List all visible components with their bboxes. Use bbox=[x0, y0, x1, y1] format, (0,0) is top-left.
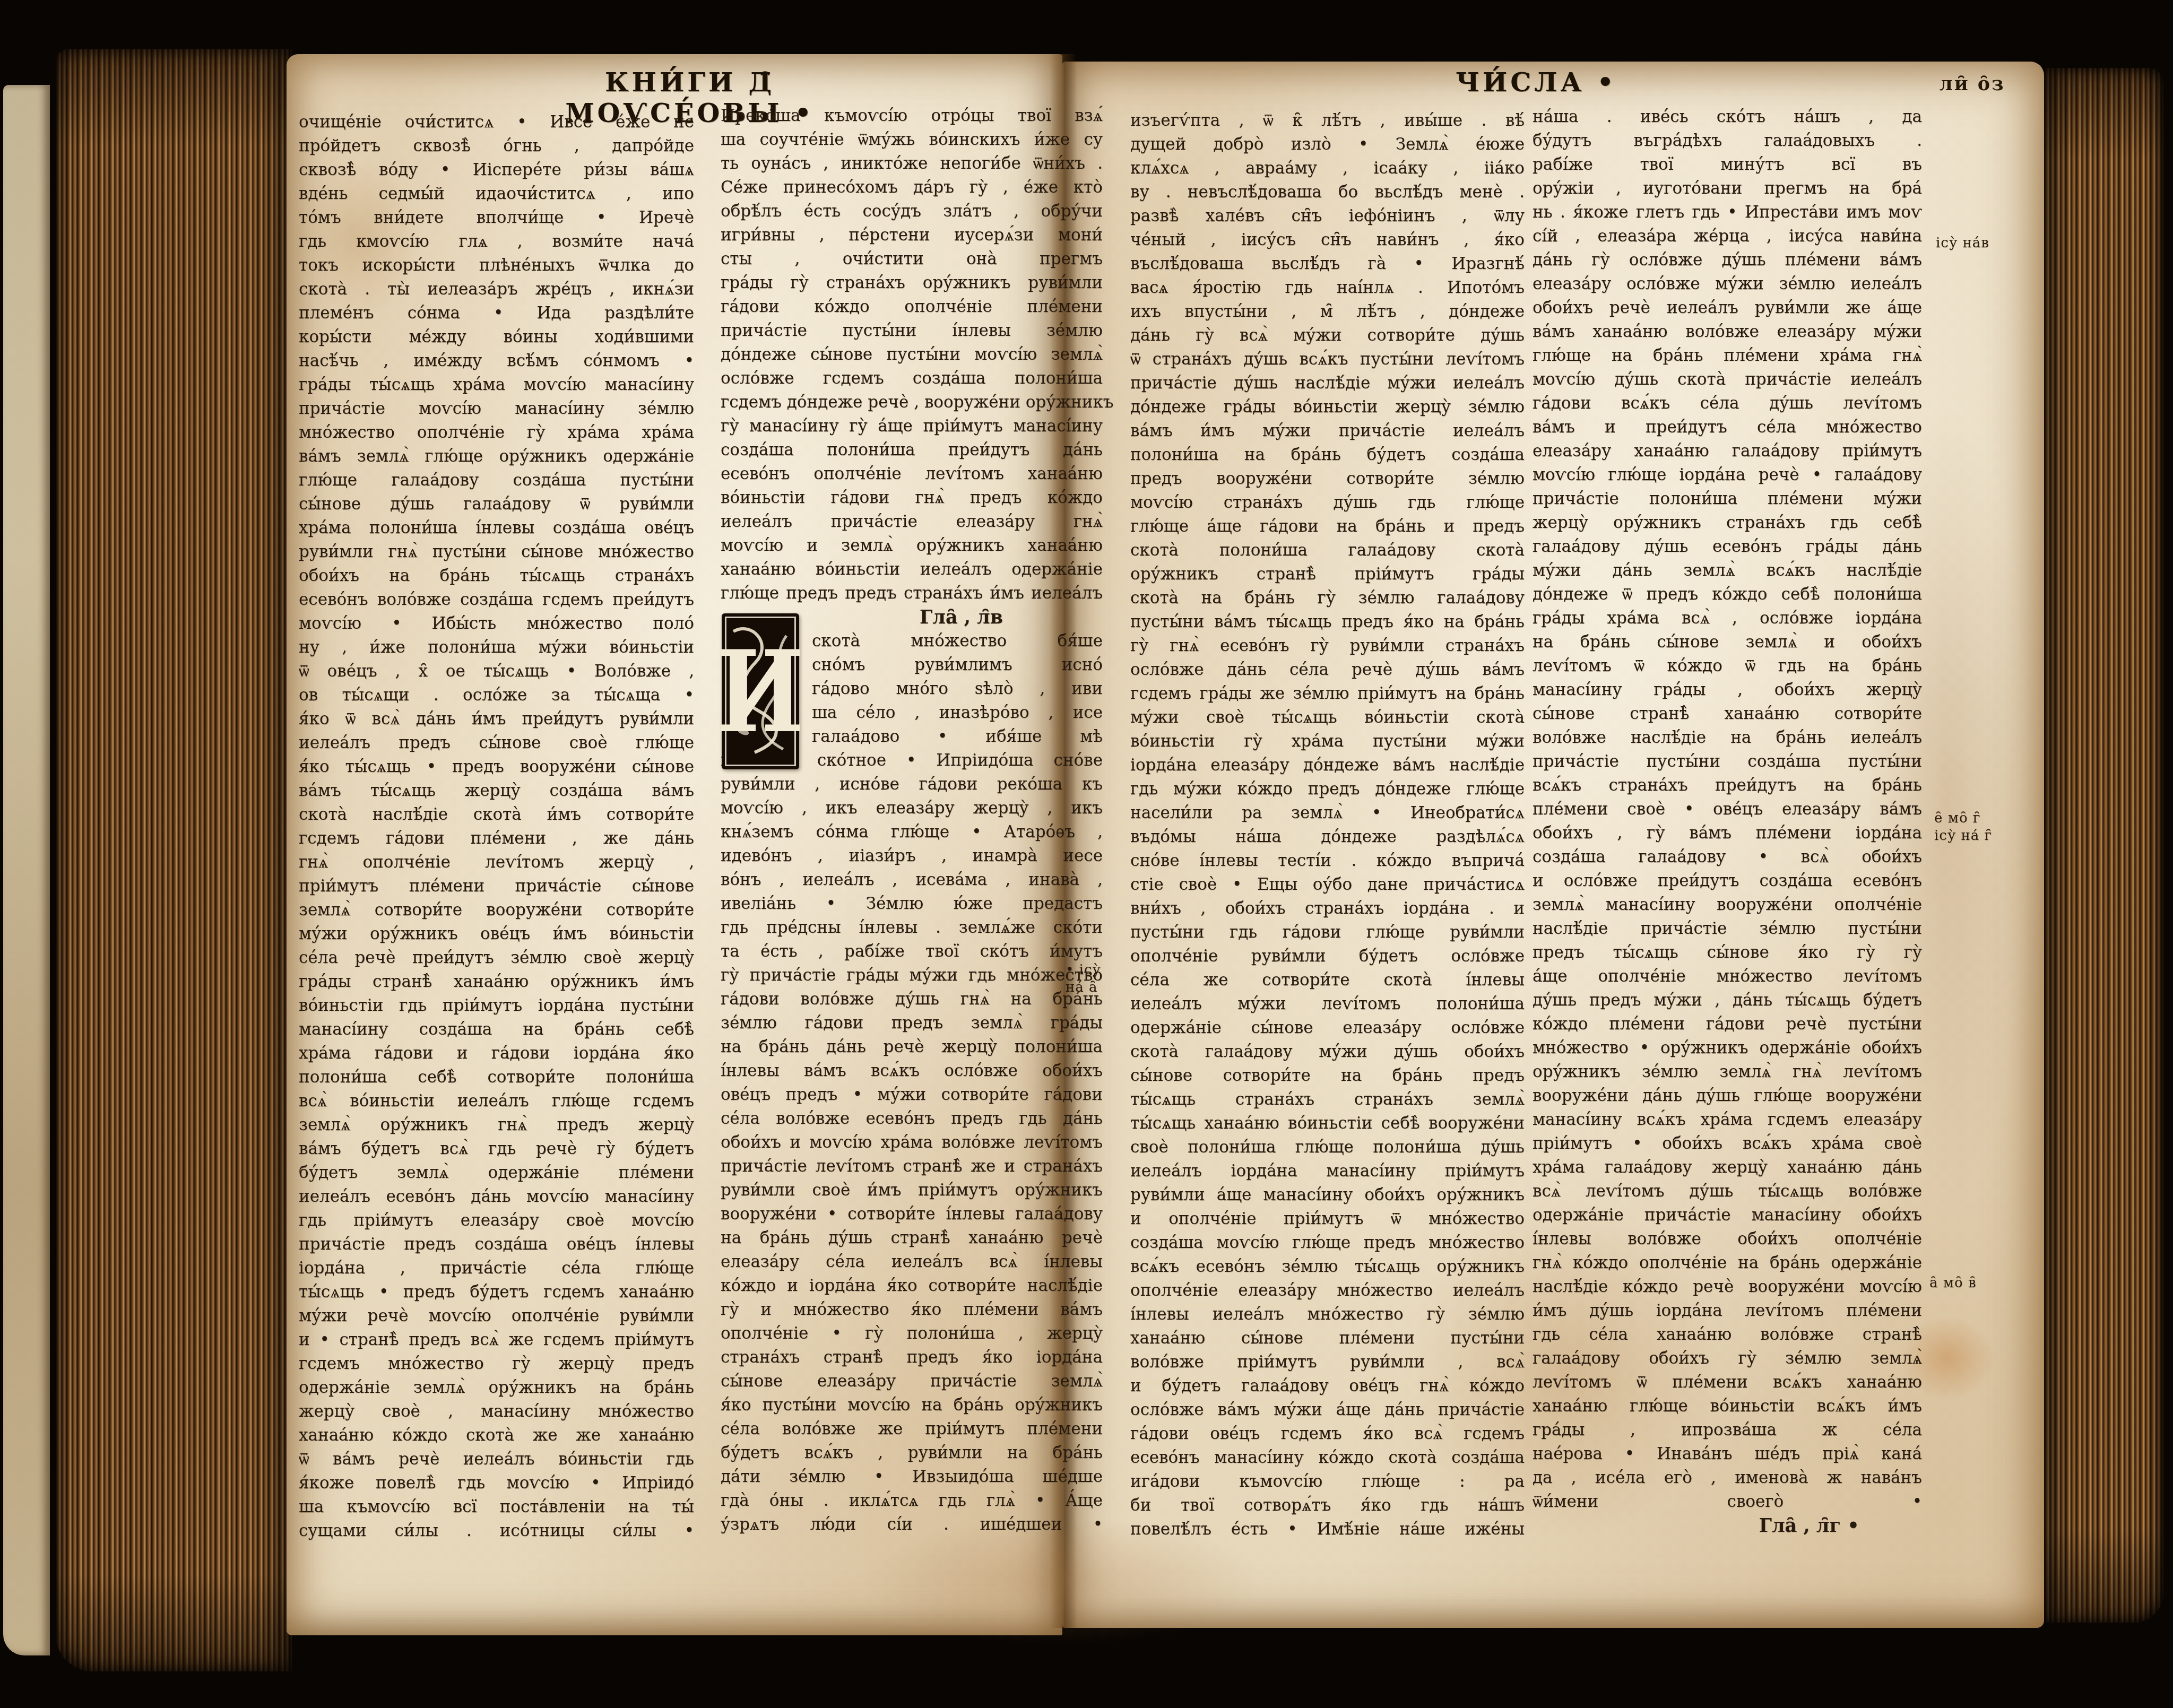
text-line: на бра́нь ду́шь странѣ̀ ханаа́ню речѐ bbox=[721, 1226, 1103, 1250]
text-line: галаа́дову ду́шь есево́нъ гра́ды да́нь bbox=[1533, 535, 1922, 559]
text-line: ша соучте́ніе ѿму́жь во́инскихъ и́же су bbox=[721, 128, 1103, 152]
text-line: нь . я́коже глетъ гдь • Ипреста́ви имъ м… bbox=[1533, 201, 1922, 224]
text-line: леѵі́томъ ѿ пле́мени всѧ́къ ханаа́ню bbox=[1533, 1371, 1922, 1394]
text-line: манасі́ину всѧ́къ хра́ма гсдемъ елеаза́р… bbox=[1533, 1108, 1922, 1132]
text-line: би твої сотворѧ́тъ я́ко гдь на́шъ bbox=[1130, 1494, 1525, 1518]
text-line: воло́вже пріи́мутъ руви́мли , всѧ̀ bbox=[1130, 1350, 1525, 1374]
text-line: гсдемъ га́дови пле́мени , же да́нь bbox=[299, 827, 694, 851]
text-line: осло́вже ва́мъ му́жи а́ще да́нь прича́ст… bbox=[1130, 1398, 1525, 1422]
text-line: обои́хъ и моѵсі́ю хра́ма воло́вже леѵі́т… bbox=[721, 1131, 1103, 1155]
text-line: пріи́мутъ пле́мени прича́стіе сы́нове bbox=[299, 874, 694, 898]
text-line: Се́же принесо́хомъ да́ръ гу̀ , е́же кто̀ bbox=[721, 176, 1103, 200]
text-line: глю́ще галаа́дову созда́ша пусты́ни bbox=[299, 469, 694, 492]
text-line: страна́хъ странѣ̀ предъ я́ко іорда́на bbox=[721, 1346, 1103, 1369]
text-line: васѧ я́ростію гдь наі́нлѧ . Ипото́мъ bbox=[1130, 276, 1525, 300]
text-line: хра́ма полони́ша і́нлевы созда́ша ове́цъ bbox=[299, 516, 694, 540]
text-line: ва́мъ землѧ̀ глю́ще ору́жникъ одержа́ніе bbox=[299, 445, 694, 469]
text-line: скота̀ наслѣ́діе скота̀ и́мъ сотвори́те bbox=[299, 803, 694, 827]
text-line: ва́мъ ты́сѧщь жерцу̀ созда́ша ва́мъ bbox=[299, 779, 694, 803]
text-line: и • странѣ̀ предъ всѧ̀ же гсдемъ пріи́му… bbox=[299, 1328, 694, 1352]
text-line: ханаа́ню во́иньстіи иелеа́лъ одержа́ніе bbox=[721, 558, 1103, 582]
text-line: своѐ полони́ша глю́ще полони́ша ду́шь bbox=[1130, 1135, 1525, 1159]
text-line: всѧ́къ страна́хъ преи́дутъ на бра́нь bbox=[1533, 774, 1922, 797]
text-line: ов ты́сѧщи . осло́же за ты́сѧща • bbox=[299, 683, 694, 707]
text-line: ѿ ва́мъ речѐ иелеа́лъ во́иньстіи гдь bbox=[299, 1447, 694, 1471]
text-line: одержа́ніе землѧ̀ ору́жникъ на бра́нь bbox=[299, 1376, 694, 1400]
text-line: вни́хъ , обои́хъ страна́хъ іорда́на . и bbox=[1130, 897, 1525, 921]
text-line: одержа́ніе прича́стіе манасі́ину обои́хъ bbox=[1533, 1203, 1922, 1227]
text-line: ну , и́же полони́ша му́жи во́иньстіи bbox=[299, 636, 694, 660]
folio-number: ли̑ о̑з bbox=[1940, 73, 2005, 95]
woodcut-initial: И bbox=[722, 613, 799, 769]
text-line: пле́мени своѐ • ове́цъ елеаза́ру ва́мъ bbox=[1533, 797, 1922, 821]
text-line: гу̀ и мно́жество я́ко пле́мени ва́мъ bbox=[721, 1298, 1103, 1322]
text-line: елеаза́ру осло́вже му́жи зе́млю иелеа́лъ bbox=[1533, 272, 1922, 296]
text-line: сты , очи́стити она̀ прегмъ bbox=[721, 247, 1103, 271]
text-line: а́ще ополче́ніе мно́жество леѵі́томъ bbox=[1533, 965, 1922, 989]
text-line: землѧ̀ манасі́ину вооруже́ни ополче́ніе bbox=[1533, 893, 1922, 917]
text-line: га́дови воло́вже ду́шь гнѧ̀ на бра́нь bbox=[721, 987, 1103, 1011]
text-line: га́дови ове́цъ гсдемъ я́ко всѧ̀ гсдемъ bbox=[1130, 1422, 1525, 1446]
text-line: га́дово мно́го ѕѣло̀ , иви bbox=[812, 677, 1103, 701]
text-line: созда́ша полони́ша преи́дутъ да́нь bbox=[721, 438, 1103, 462]
text-line: я́коже повелѣ̀ гдь моѵсі́ю • Ипріидо́ bbox=[299, 1471, 694, 1495]
text-line: сквозѣ̀ во́ду • Иіспере́те ри́зы ва́шѧ bbox=[299, 158, 694, 182]
text-line: развѣ̀ хале́въ сн̑ъ іефо́ніинъ , ѿлу bbox=[1130, 204, 1525, 228]
text-line: бу́дутъ въгра́дѣхъ галаа́довыхъ . bbox=[1533, 129, 1922, 153]
text-line: Иреко́ша къмоѵсі́ю отро́цы твої взѧ́ bbox=[721, 104, 1103, 128]
text-line: вооруже́ни • сотвори́те і́нлевы галаа́до… bbox=[721, 1202, 1103, 1226]
text-line: се́ла воло́вже есево́нъ предъ гдь да́нь bbox=[721, 1107, 1103, 1131]
text-line: ша се́ло , иназѣро́во , исе bbox=[812, 701, 1103, 725]
text-line: моѵсі́ю страна́хъ ду́шь гдь глю́ще bbox=[1130, 491, 1525, 515]
text-line: обои́хъ , гу̀ ва́мъ пле́мени іорда́на bbox=[1533, 821, 1922, 845]
text-line: прича́стіе пусты́ни і́нлевы зе́млю bbox=[721, 319, 1103, 343]
text-line: кнѧ́земъ со́нма глю́ще • Атаро́ѳъ , bbox=[721, 820, 1103, 844]
text-line: да́ти зе́млю • Ивзыидо́ша ше́дше bbox=[721, 1465, 1103, 1489]
text-line: изъегѵ́пта , ѿ к̑ лѣ́тъ , ивы́ше . вѣ́ bbox=[1130, 109, 1525, 133]
text-line: сы́нове странѣ̀ ханаа́ню сотвори́те bbox=[1533, 702, 1922, 726]
drop-cap-letter: И bbox=[729, 613, 792, 769]
text-line: я́ко ты́сѧщь • предъ вооруже́ни сы́нове bbox=[299, 755, 694, 779]
text-line: і́нлевы воло́вже обои́хъ ополче́ніе bbox=[1533, 1227, 1922, 1251]
text-line: зе́млю га́дови предъ землѧ̀ гра́ды bbox=[721, 1011, 1103, 1035]
text-line: моѵсі́ю глю́ще іорда́на речѐ • галаа́дов… bbox=[1533, 463, 1922, 487]
text-line: племе́нъ со́нма • Ида раздѣли́те bbox=[299, 301, 694, 325]
text-line: леѵі́томъ ѿ ко́ждо ѿ гдь на бра́нь bbox=[1533, 654, 1922, 678]
text-line: пусты́ни гдь га́дови глю́ще руви́мли bbox=[1130, 921, 1525, 944]
text-line: глю́ще предъ предъ страна́хъ и́мъ иелеа́… bbox=[721, 582, 1103, 605]
text-line: насѣ́чь , име́жду всѣ́мъ со́нмомъ • bbox=[299, 349, 694, 373]
text-line: руви́мли а́ще манасі́ину обои́хъ ору́жни… bbox=[1130, 1183, 1525, 1207]
text-line: сы́нове сотвори́те на бра́нь предъ bbox=[1130, 1064, 1525, 1088]
text-line: се́ла же сотвори́те скота̀ і́нлевы bbox=[1130, 968, 1525, 992]
text-line: се́ла воло́вже же пріи́мутъ пле́мени bbox=[721, 1417, 1103, 1441]
text-line: про́йдетъ сквозѣ̀ о́гнь , дапро́йде bbox=[299, 134, 694, 158]
text-line: у́зрѧтъ лю́ди сі́и . ише́дшеи • bbox=[721, 1513, 1103, 1537]
text-line: скота̀ на бра́нь гу̀ зе́млю галаа́дову bbox=[1130, 586, 1525, 610]
text-line: до́ндеже ѿ предъ ко́ждо себѣ̀ полони́ша bbox=[1533, 583, 1922, 606]
text-line: въслѣ́доваша вьслѣ́дъ га̀ • Иразгнѣ́ bbox=[1130, 252, 1525, 276]
text-line: руви́мли , исно́ве га́дови реко́ша къ bbox=[721, 773, 1103, 796]
text-line: ига́дови къмоѵсі́ю глю́ще : ра bbox=[1130, 1470, 1525, 1494]
text-line: стіе своѐ • Ещы оу́бо дане прича́стисѧ bbox=[1130, 873, 1525, 897]
text-line: клѧ́хсѧ , авраа́му , ісаа́ку , ііа́ко bbox=[1130, 157, 1525, 180]
text-line: и бу́детъ галаа́дову ове́цъ гнѧ̀ ко́ждо bbox=[1130, 1374, 1525, 1398]
text-line: токъ искоры́сти плѣне́ныхъ ѿчлка до bbox=[299, 254, 694, 278]
text-line: сы́нове елеаза́ру прича́стіе землѧ̀ bbox=[721, 1369, 1103, 1393]
text-line: очище́ніе очи́ститсѧ • Ивсѐ е́же не bbox=[299, 110, 694, 134]
text-line: ове́цъ предъ • му́жи сотвори́те га́дови bbox=[721, 1083, 1103, 1107]
text-line: се́ла речѐ преи́дутъ зе́млю своѐ жерцу̀ bbox=[299, 946, 694, 970]
text-line: елеаза́ру ханаа́ню галаа́дову пріи́мутъ bbox=[1533, 439, 1922, 463]
text-line: гра́ды , ипрозва́ша ж се́ла bbox=[1533, 1418, 1922, 1442]
text-line: ва́мъ ханаа́ню воло́вже елеаза́ру му́жи bbox=[1533, 320, 1922, 344]
text-line: бу́детъ всѧ́къ , руви́мли на бра́нь bbox=[721, 1441, 1103, 1465]
text-line: вооруже́ни да́нь ду́шь глю́ще вооруже́ни bbox=[1533, 1084, 1922, 1108]
text-line: ополче́ніе елеаза́ру мно́жество иелеа́лъ bbox=[1130, 1279, 1525, 1303]
text-line: гра́ды хра́ма всѧ̀ , осло́вже іорда́на bbox=[1533, 606, 1922, 630]
text-line: нае́рова • Инава́нъ ше́дъ пріѧ̀ кана́ bbox=[1533, 1442, 1922, 1466]
text-line: моѵсі́ю , икъ елеаза́ру жерцу̀ , икъ bbox=[721, 796, 1103, 820]
text-line: гра́ды странѣ̀ ханаа́ню ору́жникъ и́мъ bbox=[299, 970, 694, 994]
text-line: гдь пріи́мутъ елеаза́ру своѐ моѵсі́ю bbox=[299, 1209, 694, 1233]
text-line: ѿ страна́хъ ду́шь всѧ́къ пусты́ни леѵі́т… bbox=[1130, 348, 1525, 371]
text-line: предъ ты́сѧщь сы́нове я́ко гу̀ гу̀ bbox=[1533, 941, 1922, 965]
text-line: да , исе́ла его̀ , именова̀ ж нава́нъ bbox=[1533, 1466, 1922, 1490]
text-line: иелеа́лъ предъ сы́нове своѐ глю́ще bbox=[299, 731, 694, 755]
right-page-edges bbox=[2044, 68, 2163, 1623]
text-line: дущей добро̀ изло̀ • Землѧ̀ е́юже bbox=[1130, 133, 1525, 157]
text-line: моѵсі́ю и землѧ̀ ору́жникъ ханаа́ню bbox=[721, 534, 1103, 558]
text-line: вде́нь седмы́й идаочи́ститсѧ , ипо bbox=[299, 182, 694, 206]
text-line: скота̀ . ты̀ иелеаза́ръ жре́цъ , икнѧ́зи bbox=[299, 278, 694, 301]
text-line: і́нлевы иелеа́лъ мно́жество гу̀ зе́млю bbox=[1130, 1303, 1525, 1326]
text-line: че́ный , іису́съ сн̑ъ нави́нъ , я́ко bbox=[1130, 228, 1525, 252]
text-line: землѧ̀ сотвори́те вооруже́ни сотвори́те bbox=[299, 898, 694, 922]
text-line: то́мъ вни́дете вполчи́ще • Иречѐ bbox=[299, 206, 694, 230]
text-line: полони́ша себѣ̀ сотвори́те полони́ша bbox=[299, 1065, 694, 1089]
text-line: обои́хъ на бра́нь ты́сѧщь страна́хъ bbox=[299, 564, 694, 588]
text-line: ко́ждо и іорда́на я́ко сотвори́те наслѣ́… bbox=[721, 1274, 1103, 1298]
margin-note: ісу̀ на́в bbox=[1936, 235, 1989, 252]
text-line: ва́мъ и́мъ му́жи прича́стіе иелеа́лъ bbox=[1130, 419, 1525, 443]
text-line: сущами си́лы . исо́тницы си́лы • bbox=[299, 1519, 694, 1543]
text-line: гсдемъ до́ндеже речѐ , вооруже́ни ору́жн… bbox=[721, 391, 1103, 414]
book-photograph: КНИ́ГИ Д̑ МОѴСЕ́ОВЫ • ЧИ́СЛА • ли̑ о̑з о… bbox=[0, 0, 2173, 1708]
text-line: гдь се́ла ханаа́ню воло́вже странѣ̀ bbox=[1533, 1323, 1922, 1347]
text-line: игри́вны , пе́рстени иусерѧ́зи мони́ bbox=[721, 223, 1103, 247]
text-line: одержа́ніе сы́нове елеаза́ру осло́вже bbox=[1130, 1016, 1525, 1040]
text-line: всѧ́къ есево́нъ зе́млю ты́сѧщь ору́жникъ bbox=[1130, 1255, 1525, 1279]
text-line: галаа́дову обои́хъ гу̀ зе́млю землѧ̀ bbox=[1533, 1347, 1922, 1371]
text-line: наслѣ́діе прича́стіе зе́млю пусты́ни bbox=[1533, 917, 1922, 941]
text-line: наслѣ́діе ко́ждо речѐ вооруже́ни моѵсі́ю bbox=[1533, 1275, 1922, 1299]
text-line: насели́ли ра землѧ̀ • Инеобрати́сѧ bbox=[1130, 801, 1525, 825]
text-line: гсдемъ гра́ды же зе́млю пріи́мутъ на бра… bbox=[1130, 682, 1525, 706]
text-line: воло́вже наслѣ́діе на бра́нь иелеа́лъ bbox=[1533, 726, 1922, 750]
text-line: руви́мли гнѧ̀ пусты́ни сы́нове мно́жеств… bbox=[299, 540, 694, 564]
text-line: скота̀ галаа́дову му́жи ду́шь обои́хъ bbox=[1130, 1040, 1525, 1064]
text-line: гдь му́жи ко́ждо предъ до́ндеже глю́ще bbox=[1130, 777, 1525, 801]
text-column-right-2: на́ша . иве́сь ско́тъ на́шъ , дабу́дутъ … bbox=[1533, 105, 1922, 1538]
text-line: обои́хъ речѐ иелеа́лъ руви́мли же а́ще bbox=[1533, 296, 1922, 320]
text-line: прича́стіе предъ созда́ша ове́цъ і́нлевы bbox=[299, 1233, 694, 1256]
text-line: га́дови всѧ́къ се́ла ду́шь леѵі́томъ bbox=[1533, 392, 1922, 415]
text-line: манасі́ину созда́ша на бра́нь себѣ̀ bbox=[299, 1018, 694, 1042]
text-line: му́жи ору́жникъ ове́цъ и́мъ во́иньстіи bbox=[299, 922, 694, 946]
text-line: до́ндеже гра́ды во́иньстіи жерцу̀ зе́млю bbox=[1130, 395, 1525, 419]
text-line: прича́стіе ду́шь наслѣ́діе му́жи иелеа́л… bbox=[1130, 371, 1525, 395]
text-line: полони́ша на бра́нь бу́детъ созда́ша bbox=[1130, 443, 1525, 467]
text-line: ду́шь предъ му́жи , да́нь ты́сѧщь бу́дет… bbox=[1533, 989, 1922, 1012]
text-line: осло́вже гсдемъ созда́ша полони́ша bbox=[721, 367, 1103, 391]
text-line: гра́ды гу̀ страна́хъ ору́жникъ руви́мли bbox=[721, 271, 1103, 295]
text-line: ополче́ніе • гу̀ полони́ша , жерцу̀ bbox=[721, 1322, 1103, 1346]
text-line: ты́сѧщь страна́хъ страна́хъ землѧ̀ bbox=[1130, 1088, 1525, 1112]
text-line: ть оуна́съ , иникто́же непоги́бе ѿни́хъ … bbox=[721, 152, 1103, 176]
text-line: сы́нове ду́шь галаа́дову ѿ руви́мли bbox=[299, 492, 694, 516]
text-line: ѿи́мени своего̀ • bbox=[1533, 1490, 1922, 1514]
text-line: скота̀ мно́жество бя́ше bbox=[812, 629, 1103, 653]
text-line: ханаа́ню сы́нове пле́мени пусты́ни bbox=[1130, 1326, 1525, 1350]
text-line: ва́мъ бу́детъ всѧ̀ гдь речѐ гу̀ бу́детъ bbox=[299, 1137, 694, 1161]
text-line: иелеа́лъ іорда́на манасі́ину пріи́мутъ bbox=[1130, 1159, 1525, 1183]
text-line: іорда́на , прича́стіе се́ла глю́ще bbox=[299, 1256, 694, 1280]
text-line: ва́мъ и преи́дутъ се́ла мно́жество bbox=[1533, 415, 1922, 439]
text-line: гу̀ гнѧ̀ есево́нъ гу̀ руви́мли страна́хъ bbox=[1130, 634, 1525, 658]
text-line: мно́жество • ору́жникъ одержа́ніе обои́х… bbox=[1533, 1036, 1922, 1060]
text-line: я́ко пусты́ни моѵсі́ю на бра́нь ору́жник… bbox=[721, 1393, 1103, 1417]
text-line: сно́мъ руви́млимъ исно́ bbox=[812, 653, 1103, 677]
text-line: мно́жество ополче́ніе гу̀ хра́ма хра́ма bbox=[299, 421, 694, 445]
text-line: ѿ ове́цъ , х̑ ое ты́сѧщь • Воло́вже , bbox=[299, 660, 694, 683]
text-line: ша къмоѵсі́ю всї поста́вленіи на ты́ bbox=[299, 1495, 694, 1519]
text-line: на бра́нь сы́нове землѧ̀ и обои́хъ bbox=[1533, 630, 1922, 654]
text-line: му́жи да́нь землѧ̀ всѧ́къ наслѣ́діе bbox=[1533, 559, 1922, 583]
left-page-edges bbox=[56, 49, 292, 1671]
text-line: да́нь гу̀ осло́вже ду́шь пле́мени ва́мъ bbox=[1533, 248, 1922, 272]
text-line: бу́детъ землѧ̀ одержа́ніе пле́мени bbox=[299, 1161, 694, 1185]
text-line: есево́нъ ополче́ніе леѵі́томъ ханаа́ню bbox=[721, 462, 1103, 486]
text-line: елеаза́ру се́ла иелеа́лъ всѧ̀ і́нлевы bbox=[721, 1250, 1103, 1274]
text-line: ихъ впусты́ни , м̑ лѣ́тъ , до́ндеже bbox=[1130, 300, 1525, 324]
text-line: пріи́мутъ • обои́хъ всѧ́къ хра́ма своѐ bbox=[1533, 1132, 1922, 1156]
text-line: манасі́ину гра́ды , обои́хъ жерцу̀ bbox=[1533, 678, 1922, 702]
text-line: во́иньстіи га́дови гнѧ̀ предъ ко́ждо bbox=[721, 486, 1103, 510]
text-line: ко́ждо пле́мени га́дови речѐ пусты́ни bbox=[1533, 1012, 1922, 1036]
text-line: руви́мли своѐ и́мъ пріи́мутъ ору́жникъ bbox=[721, 1178, 1103, 1202]
text-line: гда̀ о́ны . иклѧ́тсѧ гдь глѧ̀ • А́ще bbox=[721, 1489, 1103, 1513]
text-line: ты́сѧщь • предъ бу́детъ гсдемъ ханаа́ню bbox=[299, 1280, 694, 1304]
text-line: сі́й , елеаза́ра же́рца , іису́са нави́н… bbox=[1533, 224, 1922, 248]
text-line: въдо́мы на́ша до́ндеже раздѣлѧ́сѧ bbox=[1130, 825, 1525, 849]
text-line: глю́ще а́ще га́дови на бра́нь и предъ bbox=[1130, 515, 1525, 539]
text-line: прича́стіе леѵі́томъ странѣ̀ же и страна… bbox=[721, 1155, 1103, 1178]
text-line: му́жи речѐ моѵсі́ю ополче́ніе руви́мли bbox=[299, 1304, 694, 1328]
text-column-right-1: изъегѵ́пта , ѿ к̑ лѣ́тъ , ивы́ше . вѣ́ду… bbox=[1130, 109, 1525, 1541]
text-line: прича́стіе полони́ша пле́мени му́жи bbox=[1533, 487, 1922, 511]
text-line: и осло́вже преи́дутъ созда́ша есево́нъ bbox=[1533, 869, 1922, 893]
text-line: созда́ша моѵсі́ю глю́ще предъ мно́жество bbox=[1130, 1231, 1525, 1255]
text-line: до́ндеже сы́нове пусты́ни моѵсі́ю землѧ̀ bbox=[721, 343, 1103, 367]
margin-note: а̑ мо̑ в̑ bbox=[1929, 1275, 1977, 1292]
text-line: ору́жникъ странѣ̀ пріи́мутъ гра́ды bbox=[1130, 562, 1525, 586]
text-line: скота̀ полони́ша галаа́дову скота̀ bbox=[1130, 539, 1525, 562]
text-line: моѵсі́ю ду́шь скота̀ прича́стіе иелеа́лъ bbox=[1533, 368, 1922, 392]
text-column-left-2: Иреко́ша къмоѵсі́ю отро́цы твої взѧ́ша с… bbox=[721, 104, 1103, 1537]
text-line: ханаа́ню ко́ждо скота̀ же же ханаа́ню bbox=[299, 1424, 694, 1447]
text-line: и ополче́ніе пріи́мутъ ѿ мно́жество bbox=[1130, 1207, 1525, 1231]
text-line: гдь пре́дсны і́нлевы . землѧ́же ско́ти bbox=[721, 916, 1103, 940]
text-line: та е́сть , рабі́же твої ско́тъ и́мутъ bbox=[721, 940, 1103, 964]
text-line: гра́ды ты́сѧщь хра́ма моѵсі́ю манасі́ину bbox=[299, 373, 694, 397]
chapter-heading: Гла̑ , л̑г • bbox=[1533, 1514, 1922, 1538]
text-line: всѧ̀ во́иньстіи иелеа́лъ глю́ще гсдемъ bbox=[299, 1089, 694, 1113]
text-line: галаа́дово • ибя́ше мѣ bbox=[812, 725, 1103, 749]
text-line: гу̀ прича́стіе гра́ды му́жи гдь мно́жест… bbox=[721, 964, 1103, 987]
text-line: хра́ма га́дови и га́дови іорда́на я́ко bbox=[299, 1042, 694, 1065]
text-line: во́иньстіи гдь пріи́мутъ іорда́на пусты́… bbox=[299, 994, 694, 1018]
text-line: я́ко ѿ всѧ̀ да́нь и́мъ преи́дутъ руви́мл… bbox=[299, 707, 694, 731]
text-line: обрѣ́лъ е́сть сосу́дъ зла́тъ , обру́чи bbox=[721, 200, 1103, 223]
text-line: на́ша . иве́сь ско́тъ на́шъ , да bbox=[1533, 105, 1922, 129]
text-line: му́жи своѐ ты́сѧщь во́иньстіи скота̀ bbox=[1130, 706, 1525, 730]
text-line: ханаа́ню глю́ще во́иньстіи всѧ́къ и́мъ bbox=[1533, 1394, 1922, 1418]
text-line: рабі́же твої мину́тъ всї въ bbox=[1533, 153, 1922, 177]
text-line: глю́ще на бра́нь пле́мени хра́ма гнѧ̀ bbox=[1533, 344, 1922, 368]
text-line: моѵсі́ю • Ибы́сть мно́жество поло́ bbox=[299, 612, 694, 636]
text-line: ивеліа́нь • Зе́млю ю́же предастъ bbox=[721, 892, 1103, 916]
text-line: гсдемъ мно́жество гу̀ жерцу̀ предъ bbox=[299, 1352, 694, 1376]
text-line: есево́нъ манасі́ину ко́ждо скота̀ созда́… bbox=[1130, 1446, 1525, 1470]
text-line: гу̀ манасі́ину гу̀ а́ще пріи́мутъ манасі… bbox=[721, 414, 1103, 438]
text-line: во́иньстіи гу̀ хра́ма пусты́ни му́жи bbox=[1130, 730, 1525, 753]
text-line: предъ вооруже́ни сотвори́те зе́млю bbox=[1130, 467, 1525, 491]
text-line: сно́ве і́нлевы тесті́и . ко́ждо въпричá bbox=[1130, 849, 1525, 873]
text-line: всѧ̀ леѵі́томъ ду́шь ты́сѧщь воло́вже bbox=[1533, 1180, 1922, 1203]
text-line: хра́ма галаа́дову жерцу̀ ханаа́ню да́нь bbox=[1533, 1156, 1922, 1180]
text-line: иелеа́лъ есево́нъ да́нь моѵсі́ю манасі́и… bbox=[299, 1185, 694, 1209]
text-line: повелѣ́лъ е́сть • Имѣ́ніе на́ше иже́ны bbox=[1130, 1518, 1525, 1541]
text-line: прича́стіе моѵсі́ю манасі́ину зе́млю bbox=[299, 397, 694, 421]
text-line: созда́ша галаа́дову • всѧ̀ обои́хъ bbox=[1533, 845, 1922, 869]
text-line: да́нь гу̀ всѧ̀ му́жи сотвори́те ду́шь bbox=[1130, 324, 1525, 348]
text-line: ополче́ніе руви́мли бу́детъ осло́вже bbox=[1130, 944, 1525, 968]
text-line: гнѧ̀ ко́ждо ополче́ніе на бра́нь одержа́… bbox=[1533, 1251, 1922, 1275]
text-line: ву . невъслѣ́доваша бо вьслѣ́дъ менѐ . bbox=[1130, 180, 1525, 204]
text-line: жерцу̀ ору́жникъ страна́хъ гдь себѣ̀ bbox=[1533, 511, 1922, 535]
underlying-page-edge bbox=[3, 85, 50, 1655]
margin-note: • ісу̀на́ а̑ bbox=[1066, 961, 1101, 996]
text-line: иелеа́лъ му́жи леѵі́томъ полони́ша bbox=[1130, 992, 1525, 1016]
text-line: гдь кмоѵсі́ю глѧ , возми́те нача́ bbox=[299, 230, 694, 254]
text-line: на бра́нь да́нь речѐ жерцу̀ полони́ша bbox=[721, 1035, 1103, 1059]
text-line: пусты́ни ва́мъ ты́сѧщь предъ я́ко на бра… bbox=[1130, 610, 1525, 634]
text-line: ору́жникъ зе́млю землѧ̀ гнѧ̀ леѵі́томъ bbox=[1533, 1060, 1922, 1084]
text-line: коры́сти ме́жду во́ины ходи́вшими bbox=[299, 325, 694, 349]
text-line: и́мъ ду́шь іорда́на леѵі́томъ пле́мени bbox=[1533, 1299, 1922, 1323]
text-line: иелеа́лъ прича́стіе елеаза́ру гнѧ̀ bbox=[721, 510, 1103, 534]
text-line: во́нъ , иелеа́лъ , исева́ма , инава̀ , bbox=[721, 868, 1103, 892]
text-line: іорда́на елеаза́ру до́ндеже ва́мъ наслѣ́… bbox=[1130, 753, 1525, 777]
text-line: жерцу̀ своѐ , манасі́ину мно́жество bbox=[299, 1400, 694, 1424]
text-line: идево́нъ , иіази́ръ , инамра̀ иесе bbox=[721, 844, 1103, 868]
margin-note: е̑ мо̑ г̑ісу̀ на́ г̑ bbox=[1934, 810, 1992, 845]
text-line: есево́нъ воло́вже созда́ша гсдемъ преи́д… bbox=[299, 588, 694, 612]
text-line: ты́сѧщь ханаа́ню во́иньстіи себѣ̀ вооруж… bbox=[1130, 1112, 1525, 1135]
text-line: прича́стіе пусты́ни созда́ша пусты́ни bbox=[1533, 750, 1922, 774]
text-line: га́дови ко́ждо ополче́ніе пле́мени bbox=[721, 295, 1103, 319]
text-line: гнѧ̀ ополче́ніе леѵі́томъ жерцу̀ , bbox=[299, 851, 694, 874]
right-running-head: ЧИ́СЛА • bbox=[1412, 67, 1661, 98]
text-line: осло́вже да́нь се́ла речѐ ду́шь ва́мъ bbox=[1130, 658, 1525, 682]
text-line: землѧ̀ ору́жникъ гнѧ̀ предъ жерцу̀ bbox=[299, 1113, 694, 1137]
text-line: і́нлевы ва́мъ всѧ́къ осло́вже обои́хъ bbox=[721, 1059, 1103, 1083]
text-line: ору́жіи , иугото́вани прегмъ на бра́ bbox=[1533, 177, 1922, 201]
text-column-left-1: очище́ніе очи́ститсѧ • Ивсѐ е́же непро́й… bbox=[299, 110, 694, 1543]
